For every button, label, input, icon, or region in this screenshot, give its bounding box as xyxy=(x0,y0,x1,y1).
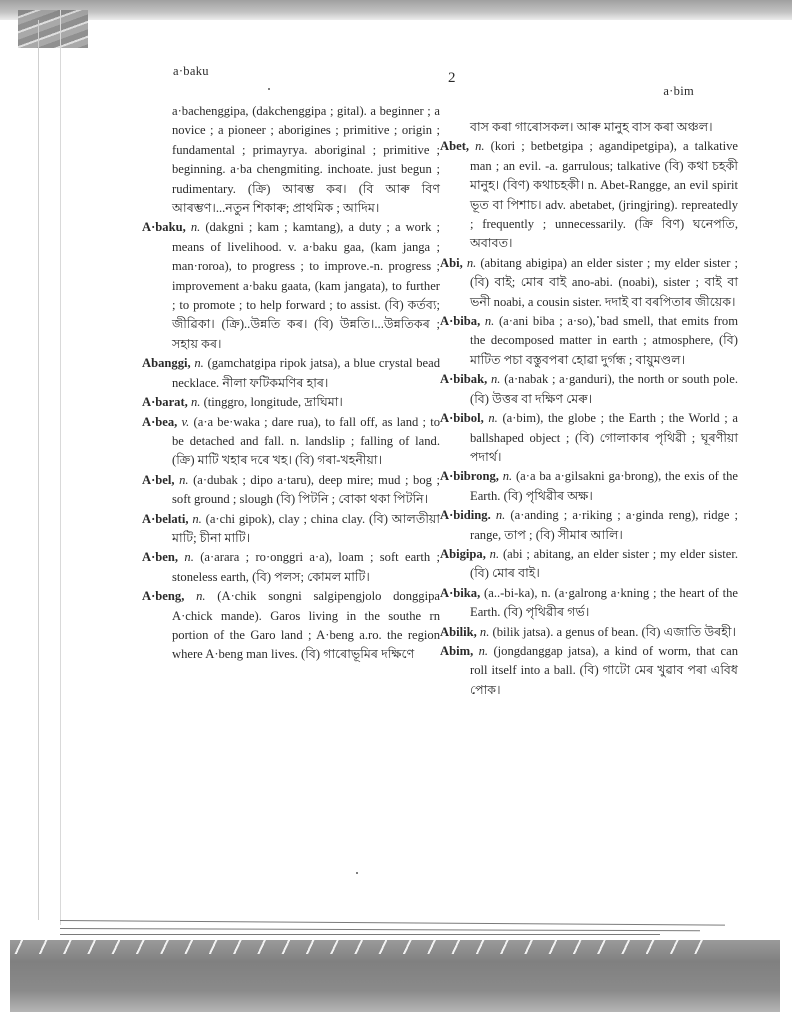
entry-definition: (a·anding ; a·riking ; a·ginda reng), ri… xyxy=(470,508,738,541)
scan-artifact-bottom xyxy=(10,940,710,954)
dictionary-entry: a·bachenggipa, (dakchenggipa ; gital). a… xyxy=(142,102,440,218)
entry-headword: A·biding. xyxy=(440,508,491,522)
dictionary-entry: A·bel, n. (a·dubak ; dipo a·taru), deep … xyxy=(142,471,440,510)
dictionary-entry: A·bibol, n. (a·bim), the globe ; the Ear… xyxy=(440,409,738,467)
entry-headword: A·belati, xyxy=(142,512,189,526)
entry-headword: Abigipa, xyxy=(440,547,486,561)
entry-part-of-speech: n. xyxy=(192,512,201,526)
dictionary-entry: Abigipa, n. (abi ; abitang, an elder sis… xyxy=(440,545,738,584)
dictionary-entry: A·ben, n. (a·arara ; ro·onggri a·a), loa… xyxy=(142,548,440,587)
ink-speck xyxy=(597,316,599,318)
entry-headword: A·beng, xyxy=(142,589,184,603)
dictionary-entry: A·beng, n. (A·chik songni salgipengjolo … xyxy=(142,587,440,665)
entry-part-of-speech: n. xyxy=(480,625,489,639)
dictionary-entry: A·bibrong, n. (a·a ba a·gilsakni ga·bron… xyxy=(440,467,738,506)
dictionary-entry: A·bea, v. (a·a be·waka ; dare rua), to f… xyxy=(142,413,440,471)
entry-definition: (a·dubak ; dipo a·taru), deep mire; mud … xyxy=(172,473,440,506)
entry-part-of-speech: n. xyxy=(491,372,500,386)
ink-speck xyxy=(356,872,358,874)
ink-speck xyxy=(268,88,270,90)
scan-shadow-top xyxy=(0,0,792,20)
left-column: a·bachenggipa, (dakchenggipa ; gital). a… xyxy=(142,102,440,665)
entry-part-of-speech: n. xyxy=(191,220,200,234)
entry-definition: (a·arara ; ro·onggri a·a), loam ; soft e… xyxy=(172,550,440,583)
dictionary-entry: Abanggi, n. (gamchatgipa ripok jatsa), a… xyxy=(142,354,440,393)
entry-definition: (bilik jatsa). a genus of bean. (বি) এজা… xyxy=(493,625,736,639)
entry-part-of-speech: n. xyxy=(194,356,203,370)
scan-artifact-top-left xyxy=(18,10,88,48)
entry-headword: A·barat, xyxy=(142,395,188,409)
dictionary-entry: Abim, n. (jongdanggap jatsa), a kind of … xyxy=(440,642,738,700)
dictionary-entry: A·belati, n. (a·chi gipok), clay ; china… xyxy=(142,510,440,549)
entry-headword: A·ben, xyxy=(142,550,178,564)
entry-definition: (dakgni ; kam ; kamtang), a duty ; a wor… xyxy=(172,220,440,350)
dictionary-entry: A·barat, n. (tinggro, longitude, দ্ৰাঘিম… xyxy=(142,393,440,412)
entry-part-of-speech: v. xyxy=(182,415,190,429)
entry-definition: (a·bim), the globe ; the Earth ; the Wor… xyxy=(470,411,738,464)
entry-headword: A·bea, xyxy=(142,415,177,429)
entry-part-of-speech: n. xyxy=(479,644,488,658)
entry-part-of-speech: n. xyxy=(191,395,200,409)
right-column: বাস কৰা গাৰোসকল। আৰু মানুহ বাস কৰা অঞ্চল… xyxy=(440,118,738,700)
entry-headword: Abet, xyxy=(440,139,469,153)
dictionary-entry: Abilik, n. (bilik jatsa). a genus of bea… xyxy=(440,623,738,642)
entry-part-of-speech: n. xyxy=(196,589,205,603)
page-edge xyxy=(60,10,61,925)
entry-part-of-speech: n. xyxy=(467,256,476,270)
entry-definition: (a·nabak ; a·ganduri), the north or sout… xyxy=(470,372,738,405)
entry-definition: (tinggro, longitude, দ্ৰাঘিমা। xyxy=(204,395,343,409)
running-head-left: a·baku xyxy=(173,64,209,79)
running-head-right: a·bim xyxy=(663,84,694,99)
page-edge xyxy=(38,20,39,920)
entry-definition: (a·a be·waka ; dare rua), to fall off, a… xyxy=(172,415,440,468)
entry-definition: (kori ; betbetgipa ; agandipetgipa), a t… xyxy=(470,139,738,250)
page-bottom-edges xyxy=(60,918,725,940)
entry-part-of-speech: n. xyxy=(488,411,497,425)
dictionary-entry: A·biba, n. (a·ani biba ; a·so), bad smel… xyxy=(440,312,738,370)
entry-definition: (jongdanggap jatsa), a kind of worm, tha… xyxy=(470,644,738,697)
entry-part-of-speech: n. xyxy=(490,547,499,561)
entry-headword: Abilik, xyxy=(440,625,477,639)
dictionary-entry: A·baku, n. (dakgni ; kam ; kamtang), a d… xyxy=(142,218,440,354)
entry-part-of-speech: n. xyxy=(485,314,494,328)
entry-definition: (a·ani biba ; a·so), bad smell, that emi… xyxy=(470,314,738,367)
entry-definition: (abi ; abitang, an elder sister ; my eld… xyxy=(470,547,738,580)
entry-definition: (a·chi gipok), clay ; china clay. (বি) আ… xyxy=(172,512,440,545)
entry-headword: Abanggi, xyxy=(142,356,191,370)
entry-headword: A·bibrong, xyxy=(440,469,499,483)
entry-definition: a·bachenggipa, (dakchenggipa ; gital). a… xyxy=(172,104,440,215)
dictionary-entry: A·bibak, n. (a·nabak ; a·ganduri), the n… xyxy=(440,370,738,409)
dictionary-entry: বাস কৰা গাৰোসকল। আৰু মানুহ বাস কৰা অঞ্চল… xyxy=(440,118,738,137)
entry-headword: Abim, xyxy=(440,644,473,658)
entry-part-of-speech: n. xyxy=(179,473,188,487)
entry-definition: (a..-bi-ka), n. (a·galrong a·kning ; the… xyxy=(470,586,738,619)
page-number: 2 xyxy=(448,70,456,87)
entry-headword: Abi, xyxy=(440,256,463,270)
entry-part-of-speech: n. xyxy=(503,469,512,483)
entry-headword: A·bika, xyxy=(440,586,480,600)
entry-headword: A·bibol, xyxy=(440,411,484,425)
dictionary-entry: A·biding. n. (a·anding ; a·riking ; a·gi… xyxy=(440,506,738,545)
entry-part-of-speech: n. xyxy=(184,550,193,564)
dictionary-entry: Abet, n. (kori ; betbetgipa ; agandipetg… xyxy=(440,137,738,253)
entry-headword: A·bibak, xyxy=(440,372,487,386)
entry-headword: A·biba, xyxy=(440,314,480,328)
entry-part-of-speech: n. xyxy=(496,508,505,522)
entry-part-of-speech: n. xyxy=(475,139,484,153)
entry-headword: A·baku, xyxy=(142,220,186,234)
entry-definition: (gamchatgipa ripok jatsa), a blue crysta… xyxy=(172,356,440,389)
entry-headword: A·bel, xyxy=(142,473,175,487)
dictionary-entry: Abi, n. (abitang abigipa) an elder siste… xyxy=(440,254,738,312)
entry-definition: বাস কৰা গাৰোসকল। আৰু মানুহ বাস কৰা অঞ্চল… xyxy=(470,120,713,134)
entry-definition: (A·chik songni salgipengjolo donggipa A·… xyxy=(172,589,440,661)
entry-definition: (abitang abigipa) an elder sister ; my e… xyxy=(470,256,738,309)
dictionary-entry: A·bika, (a..-bi-ka), n. (a·galrong a·kni… xyxy=(440,584,738,623)
